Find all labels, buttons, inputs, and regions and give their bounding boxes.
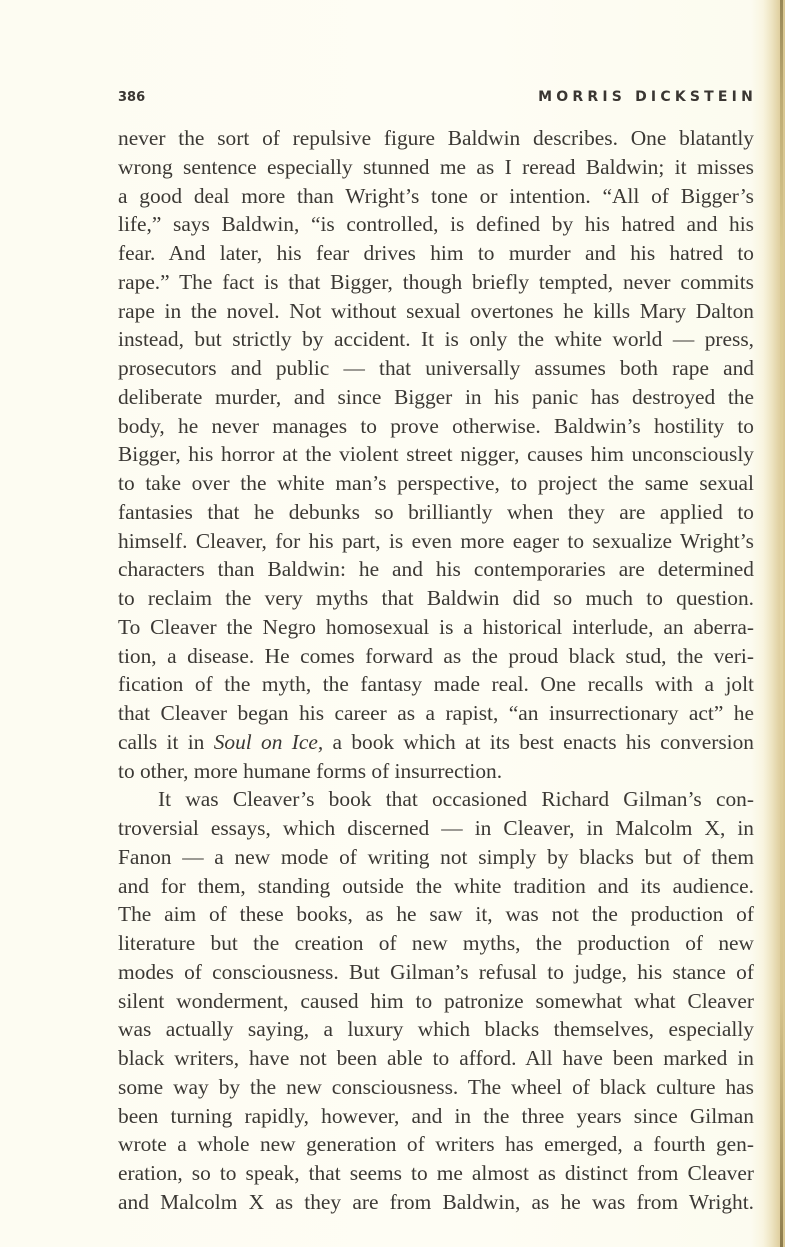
text-line: body, he never manages to prove otherwis… bbox=[118, 412, 754, 441]
text-line: rape.” The fact is that Bigger, though b… bbox=[118, 268, 754, 297]
text-segment: calls it in bbox=[118, 730, 214, 754]
text-line: modes of consciousness. But Gilman’s ref… bbox=[118, 958, 754, 987]
text-line: fear. And later, his fear drives him to … bbox=[118, 239, 754, 268]
text-line: to other, more humane forms of insurrect… bbox=[118, 757, 754, 786]
text-line: and for them, standing outside the white… bbox=[118, 872, 754, 901]
text-line: fantasies that he debunks so brilliantly… bbox=[118, 498, 754, 527]
text-line: that Cleaver began his career as a rapis… bbox=[118, 699, 754, 728]
text-line: and Malcolm X as they are from Baldwin, … bbox=[118, 1188, 754, 1217]
text-line: literature but the creation of new myths… bbox=[118, 929, 754, 958]
text-line: was actually saying, a luxury which blac… bbox=[118, 1015, 754, 1044]
text-line: a good deal more than Wright’s tone or i… bbox=[118, 182, 754, 211]
text-line: to reclaim the very myths that Baldwin d… bbox=[118, 584, 754, 613]
text-line: black writers, have not been able to aff… bbox=[118, 1044, 754, 1073]
text-line: prosecutors and public — that universall… bbox=[118, 354, 754, 383]
text-line: troversial essays, which discerned — in … bbox=[118, 814, 754, 843]
text-line: life,” says Baldwin, “is controlled, is … bbox=[118, 210, 754, 239]
page-edge bbox=[780, 0, 783, 1247]
text-segment: a book which at its best enacts his conv… bbox=[323, 730, 754, 754]
text-line: deliberate murder, and since Bigger in h… bbox=[118, 383, 754, 412]
text-line: eration, so to speak, that seems to me a… bbox=[118, 1159, 754, 1188]
text-line: fication of the myth, the fantasy made r… bbox=[118, 670, 754, 699]
text-line: The aim of these books, as he saw it, wa… bbox=[118, 900, 754, 929]
text-line: Bigger, his horror at the violent street… bbox=[118, 440, 754, 469]
text-line: To Cleaver the Negro homosexual is a his… bbox=[118, 613, 754, 642]
page-number: 386 bbox=[118, 90, 145, 105]
text-line: tion, a disease. He comes forward as the… bbox=[118, 642, 754, 671]
text-line: silent wonderment, caused him to patroni… bbox=[118, 987, 754, 1016]
text-line: characters than Baldwin: he and his cont… bbox=[118, 555, 754, 584]
text-line: wrong sentence especially stunned me as … bbox=[118, 153, 754, 182]
book-title-italic: Soul on Ice, bbox=[214, 730, 324, 754]
text-line-with-title: calls it in Soul on Ice, a book which at… bbox=[118, 728, 754, 757]
text-line: to take over the white man’s perspective… bbox=[118, 469, 754, 498]
text-line: rape in the novel. Not without sexual ov… bbox=[118, 297, 754, 326]
text-line-indented: It was Cleaver’s book that occasioned Ri… bbox=[118, 785, 754, 814]
text-line: wrote a whole new generation of writers … bbox=[118, 1130, 754, 1159]
body-text: never the sort of repulsive figure Baldw… bbox=[118, 124, 754, 1217]
text-line: Fanon — a new mode of writing not simply… bbox=[118, 843, 754, 872]
running-title: MORRIS DICKSTEIN bbox=[538, 89, 757, 105]
running-head: 386 MORRIS DICKSTEIN bbox=[118, 86, 754, 108]
text-line: some way by the new consciousness. The w… bbox=[118, 1073, 754, 1102]
text-line: been turning rapidly, however, and in th… bbox=[118, 1102, 754, 1131]
text-line: instead, but strictly by accident. It is… bbox=[118, 325, 754, 354]
text-line: himself. Cleaver, for his part, is even … bbox=[118, 527, 754, 556]
text-line: never the sort of repulsive figure Baldw… bbox=[118, 124, 754, 153]
book-page: 386 MORRIS DICKSTEIN never the sort of r… bbox=[0, 0, 785, 1247]
